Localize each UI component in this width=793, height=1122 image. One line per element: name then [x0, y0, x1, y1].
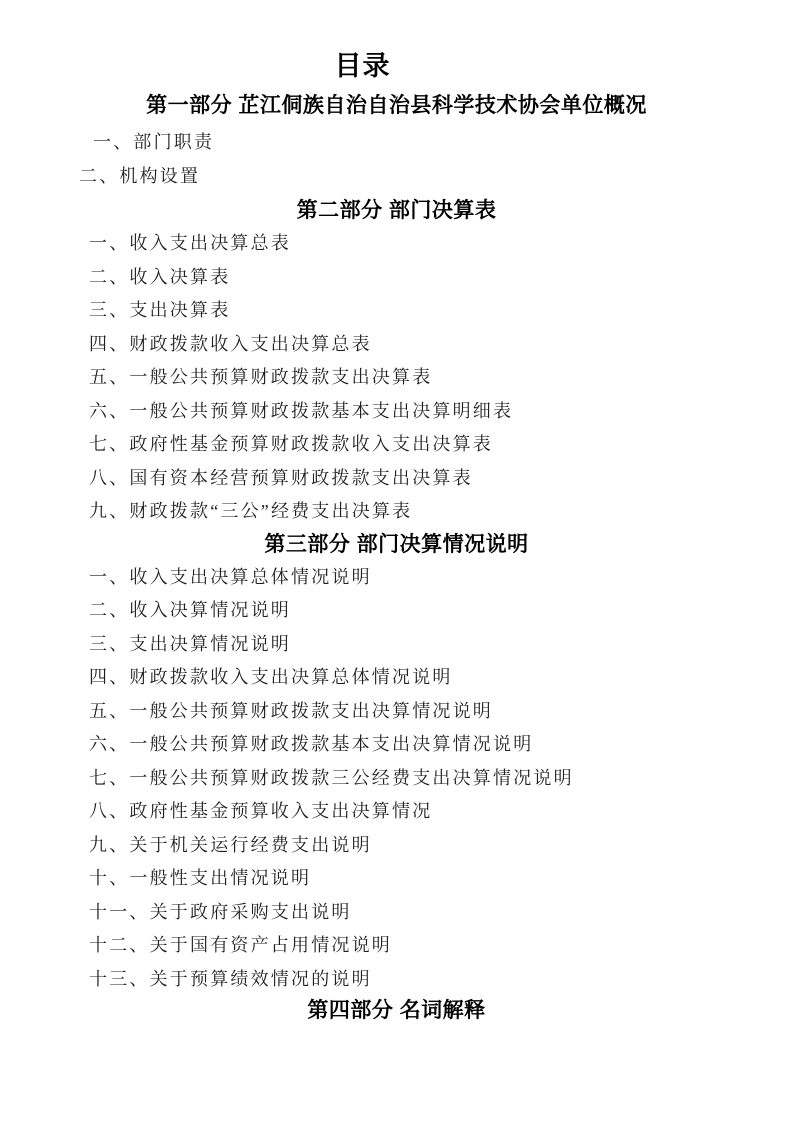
- toc-item: 九、关于机关运行经费支出说明: [79, 829, 714, 863]
- section-part1-items: 一、部门职责 二、机构设置: [79, 126, 714, 193]
- toc-item: 二、机构设置: [79, 160, 714, 194]
- section-part1-heading: 第一部分 芷江侗族自治自治县科学技术协会单位概况: [79, 92, 714, 119]
- section-part3-items: 一、收入支出决算总体情况说明 二、收入决算情况说明 三、支出决算情况说明 四、财…: [79, 561, 714, 997]
- toc-item: 八、政府性基金预算收入支出决算情况: [79, 795, 714, 829]
- toc-item: 十二、关于国有资产占用情况说明: [79, 929, 714, 963]
- toc-item: 二、收入决算表: [79, 261, 714, 295]
- toc-item: 十三、关于预算绩效情况的说明: [79, 963, 714, 997]
- toc-item: 六、一般公共预算财政拨款基本支出决算情况说明: [79, 728, 714, 762]
- toc-item: 十一、关于政府采购支出说明: [79, 896, 714, 930]
- toc-content: 目录 第一部分 芷江侗族自治自治县科学技术协会单位概况 一、部门职责 二、机构设…: [0, 0, 793, 1024]
- toc-item: 七、政府性基金预算财政拨款收入支出决算表: [79, 428, 714, 462]
- toc-item: 九、财政拨款“三公”经费支出决算表: [79, 495, 714, 529]
- document-page: 目录 第一部分 芷江侗族自治自治县科学技术协会单位概况 一、部门职责 二、机构设…: [0, 0, 793, 1122]
- section-part2-heading: 第二部分 部门决算表: [79, 197, 714, 224]
- toc-item: 一、收入支出决算总体情况说明: [79, 561, 714, 595]
- section-part2: 第二部分 部门决算表 一、收入支出决算总表 二、收入决算表 三、支出决算表 四、…: [79, 197, 714, 529]
- toc-item: 五、一般公共预算财政拨款支出决算表: [79, 361, 714, 395]
- section-part4: 第四部分 名词解释: [79, 997, 714, 1024]
- toc-item: 五、一般公共预算财政拨款支出决算情况说明: [79, 695, 714, 729]
- toc-item: 二、收入决算情况说明: [79, 594, 714, 628]
- toc-item: 六、一般公共预算财政拨款基本支出决算明细表: [79, 395, 714, 429]
- toc-item: 三、支出决算表: [79, 294, 714, 328]
- toc-item: 一、收入支出决算总表: [79, 227, 714, 261]
- toc-item: 四、财政拨款收入支出决算总体情况说明: [79, 661, 714, 695]
- toc-title: 目录: [45, 51, 680, 82]
- toc-item: 四、财政拨款收入支出决算总表: [79, 328, 714, 362]
- section-part1: 第一部分 芷江侗族自治自治县科学技术协会单位概况 一、部门职责 二、机构设置: [79, 92, 714, 193]
- toc-item: 十、一般性支出情况说明: [79, 862, 714, 896]
- toc-item: 七、一般公共预算财政拨款三公经费支出决算情况说明: [79, 762, 714, 796]
- toc-item: 一、部门职责: [79, 126, 714, 160]
- toc-item: 八、国有资本经营预算财政拨款支出决算表: [79, 462, 714, 496]
- section-part3: 第三部分 部门决算情况说明 一、收入支出决算总体情况说明 二、收入决算情况说明 …: [79, 531, 714, 997]
- section-part2-items: 一、收入支出决算总表 二、收入决算表 三、支出决算表 四、财政拨款收入支出决算总…: [79, 227, 714, 529]
- section-part3-heading: 第三部分 部门决算情况说明: [79, 531, 714, 558]
- toc-item: 三、支出决算情况说明: [79, 628, 714, 662]
- section-part4-heading: 第四部分 名词解释: [79, 997, 714, 1024]
